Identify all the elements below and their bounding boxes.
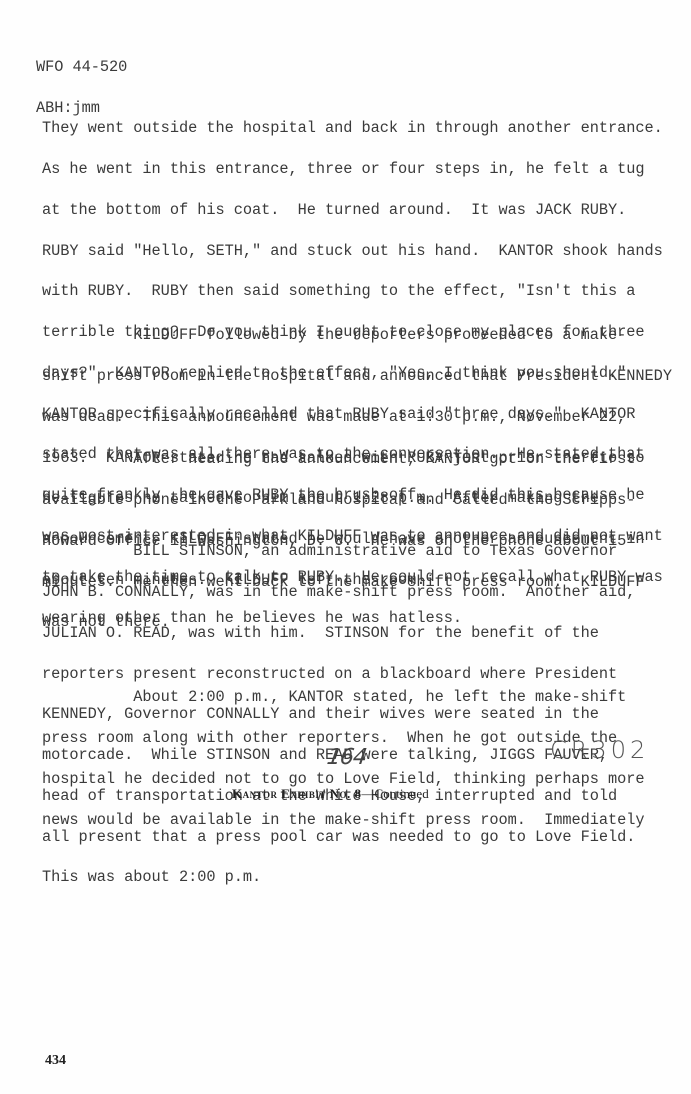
text-line: hospital he decided not to go to Love Fi…: [42, 773, 645, 787]
handwritten-page-mark: 164: [325, 745, 368, 770]
text-line: RUBY said "Hello, SETH," and stuck out h…: [42, 245, 663, 259]
page-number: 434: [45, 1053, 66, 1069]
text-line: news would be available in the make-shif…: [42, 814, 645, 828]
handwritten-document-id: CR302: [550, 736, 649, 764]
exhibit-caption: Kantor Exhibit No. 8—Continued: [232, 786, 429, 802]
text-line: About 2:00 p.m., KANTOR stated, he left …: [42, 691, 645, 705]
text-line: JULIAN O. READ, was with him. STINSON fo…: [42, 627, 635, 641]
text-line: shift press room in the hospital and ann…: [42, 370, 672, 384]
text-line: KILDUFF followed by the reporters procee…: [42, 329, 672, 343]
text-line: JOHN B. CONNALLY, was in the make-shift …: [42, 586, 635, 600]
file-number: WFO 44-520: [36, 60, 127, 74]
text-line: This was about 2:00 p.m.: [42, 871, 635, 885]
text-line: After hearing the announcement, KANTOR g…: [42, 453, 645, 467]
text-line: at the bottom of his coat. He turned aro…: [42, 204, 663, 218]
text-line: BILL STINSON, an administrative aid to T…: [42, 545, 635, 559]
text-line: As he went in this entrance, three or fo…: [42, 163, 663, 177]
text-line: They went outside the hospital and back …: [42, 122, 663, 136]
text-line: available phone in the Parkland Hospital…: [42, 494, 645, 508]
text-line: was dead. This announcement was made at …: [42, 411, 672, 425]
document-page: WFO 44-520 ABH:jmm They went outside the…: [0, 0, 691, 1094]
exhibit-label: Kantor Exhibit No. 8: [232, 786, 362, 801]
exhibit-suffix: —Continued: [362, 786, 429, 801]
text-line: with RUBY. RUBY then said something to t…: [42, 285, 663, 299]
